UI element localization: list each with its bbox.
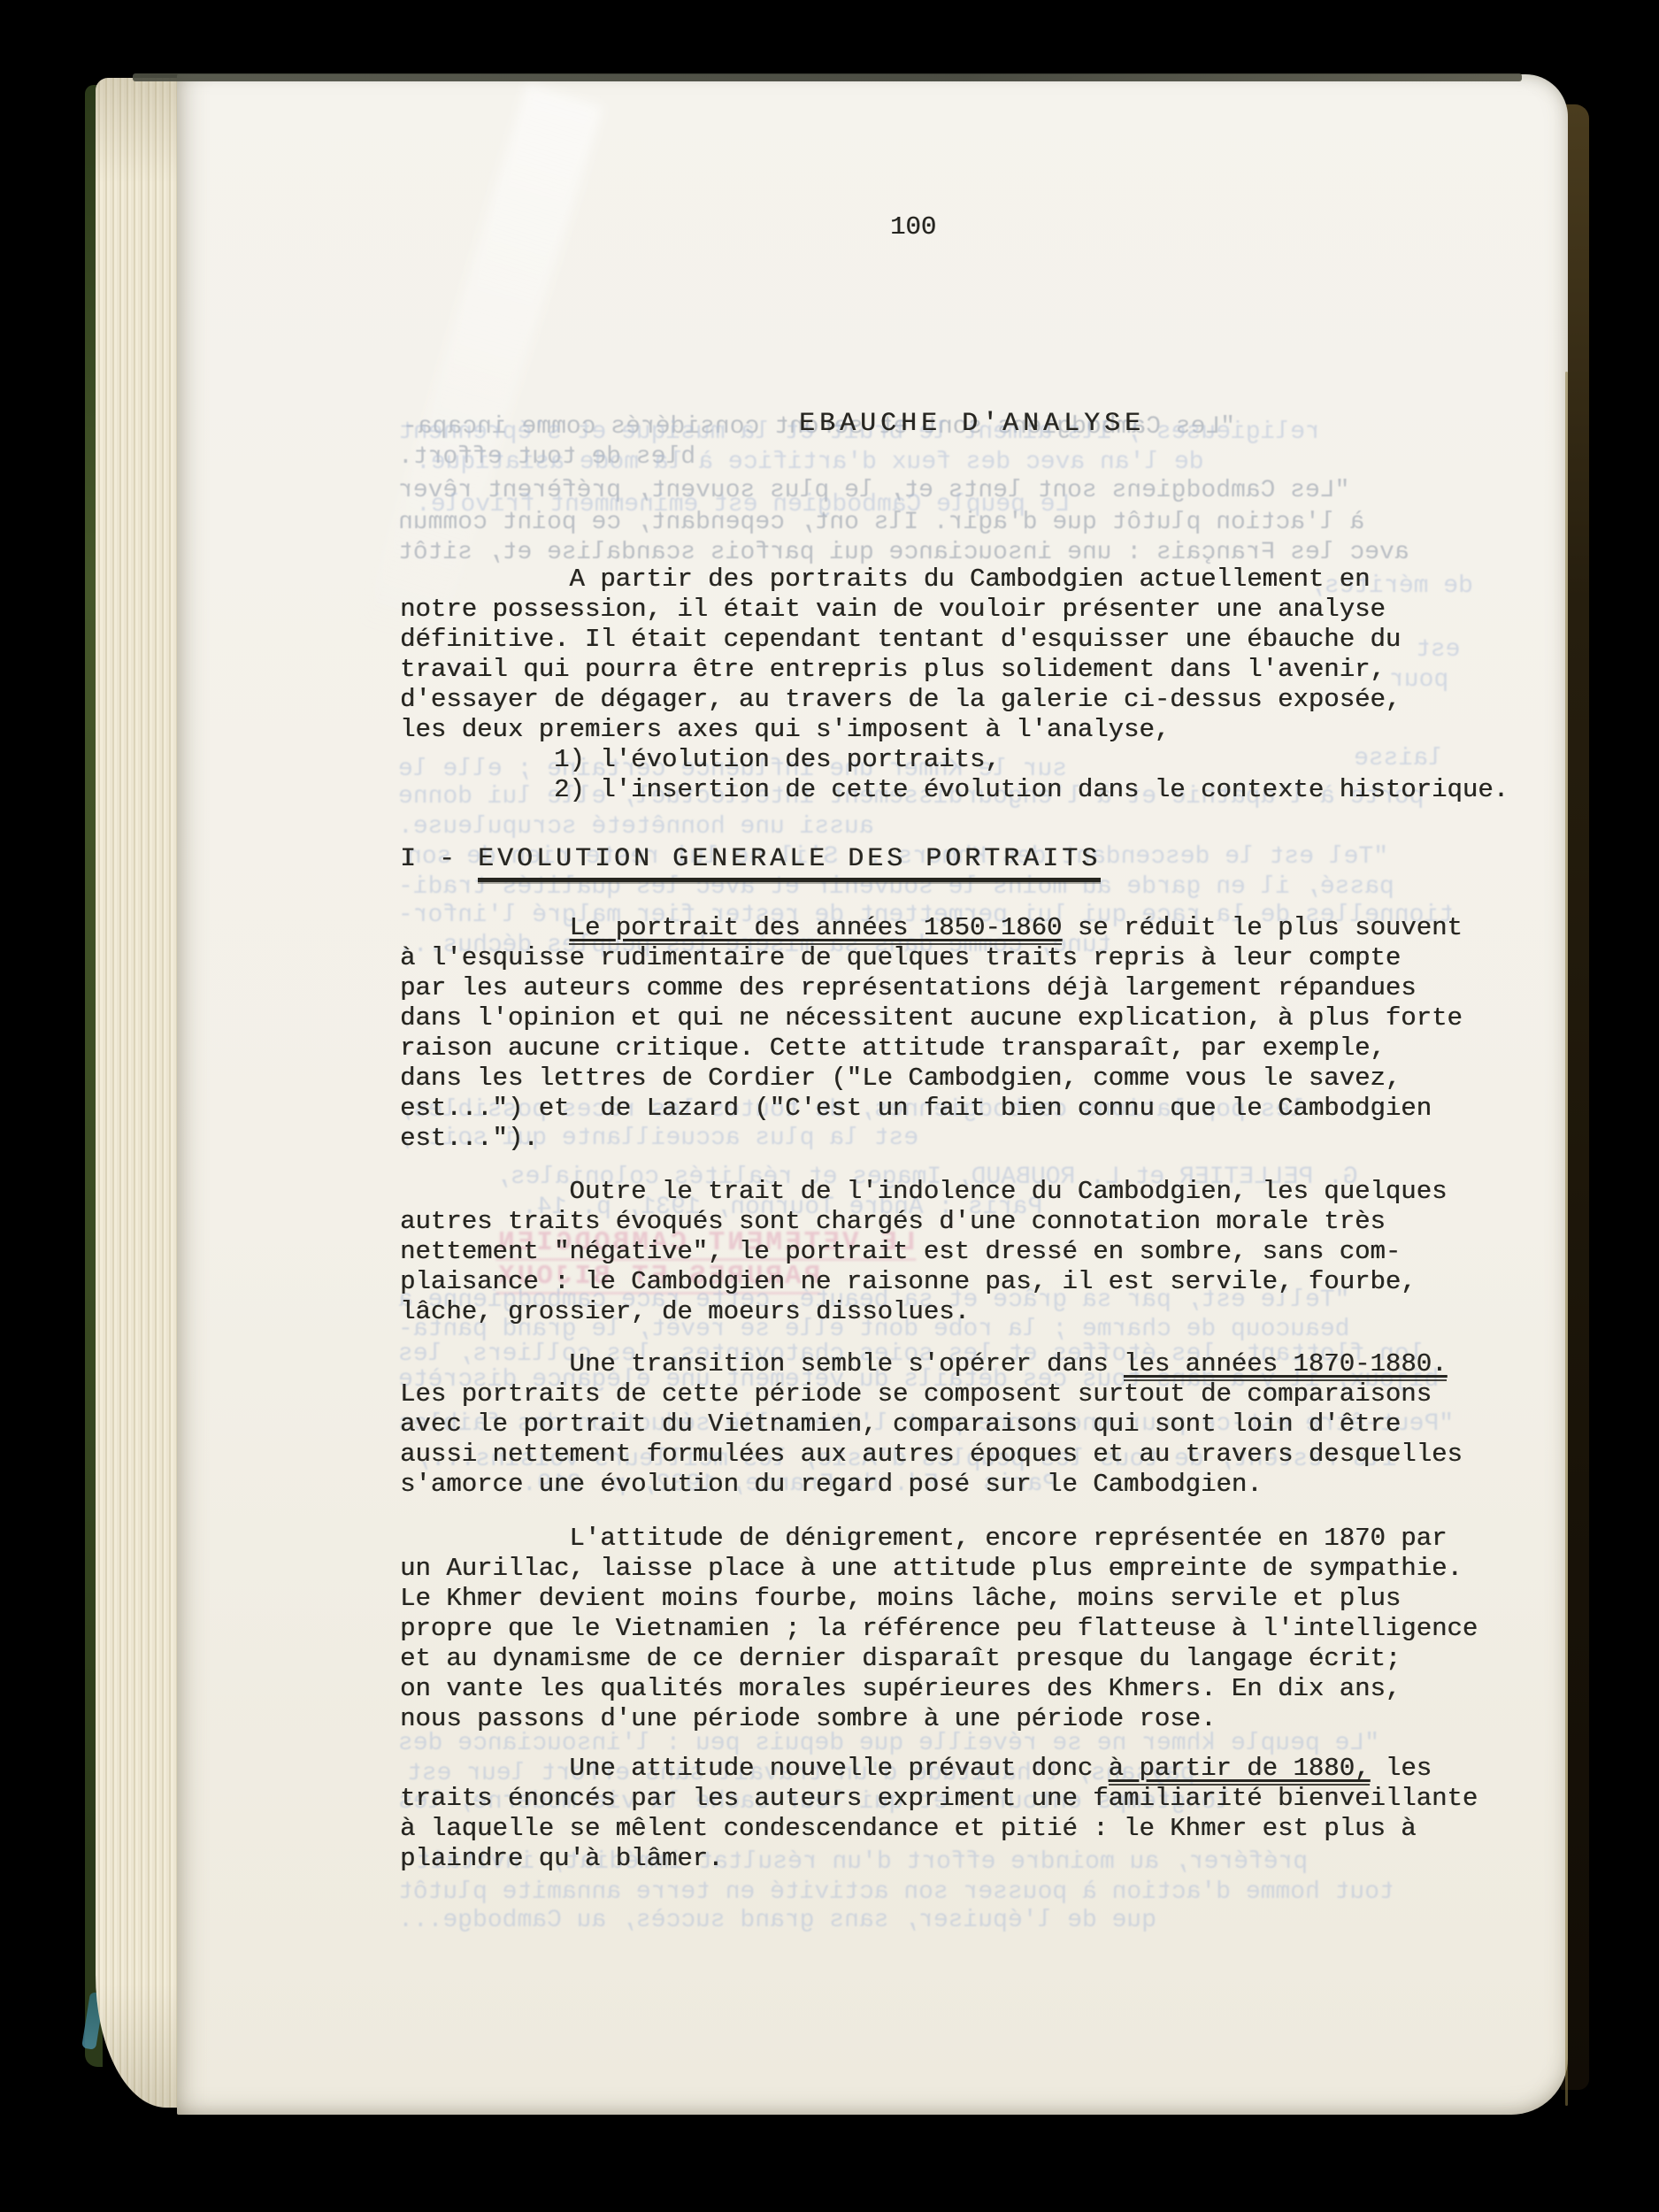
book-photo: "Les Cambodgiens sont et seront considér…: [0, 0, 1659, 2212]
typed-text-layer: 100 EBAUCHE D'ANALYSE I - EVOLUTION GENE…: [0, 0, 1659, 2212]
paragraph-transition-1870-1880: Une transition semble s'opérer dans les …: [400, 1349, 1463, 1500]
paragraph-intro: A partir des portraits du Cambodgien act…: [400, 565, 1509, 805]
paragraph-portrait-1850-1860: Le portrait des années 1850-1860 se rédu…: [400, 913, 1463, 1154]
section-heading: I - EVOLUTION GENERALE DES PORTRAITS: [400, 844, 1101, 874]
page-number: 100: [890, 212, 936, 242]
paragraph-denigrement: L'attitude de dénigrement, encore représ…: [400, 1524, 1478, 1734]
paragraph-indolence: Outre le trait de l'indolence du Cambodg…: [400, 1177, 1447, 1327]
section-heading-text: EVOLUTION GENERALE DES PORTRAITS: [478, 844, 1101, 882]
page-title: EBAUCHE D'ANALYSE: [799, 409, 1145, 439]
section-heading-prefix: I -: [400, 844, 478, 874]
paragraph-attitude-1880: Une attitude nouvelle prévaut donc à par…: [400, 1754, 1478, 1874]
